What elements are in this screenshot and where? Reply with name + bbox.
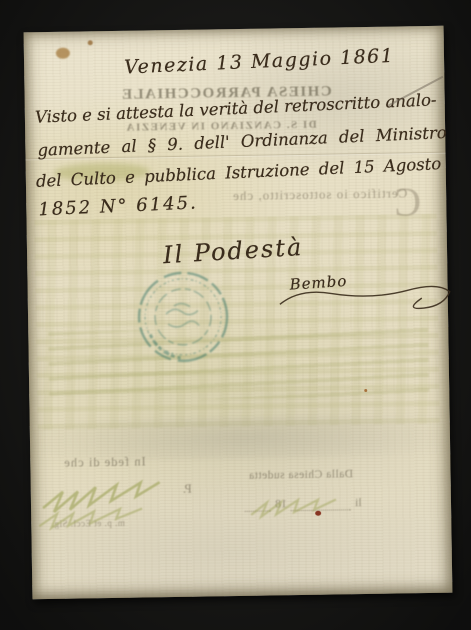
- showthrough-chiesa-line: Dalla Chiesa sudetta: [248, 468, 353, 482]
- stain-top-left: [56, 48, 70, 59]
- signature-flourish: [276, 278, 455, 323]
- round-ink-stamp: [127, 261, 239, 373]
- scan-background: { "colors": { "background": "#1d1d1b", "…: [0, 0, 471, 630]
- stain-top-left-small: [88, 40, 93, 45]
- document-paper: CHIESA PARROCCHIALE DI S. CANZIANO IN VE…: [24, 26, 453, 600]
- rust-speck: [364, 389, 367, 392]
- handwritten-dateline: Venezia 13 Maggio 1861: [124, 45, 395, 79]
- handwritten-body-line-4: 1852 N° 6145.: [38, 192, 198, 220]
- ink-scribble-bottom-right: [247, 485, 366, 529]
- ink-scribble-bottom-left: [36, 465, 215, 538]
- red-ink-speck: [315, 511, 321, 516]
- showthrough-certify-line: Certifico io sottoscritto, che: [232, 185, 407, 204]
